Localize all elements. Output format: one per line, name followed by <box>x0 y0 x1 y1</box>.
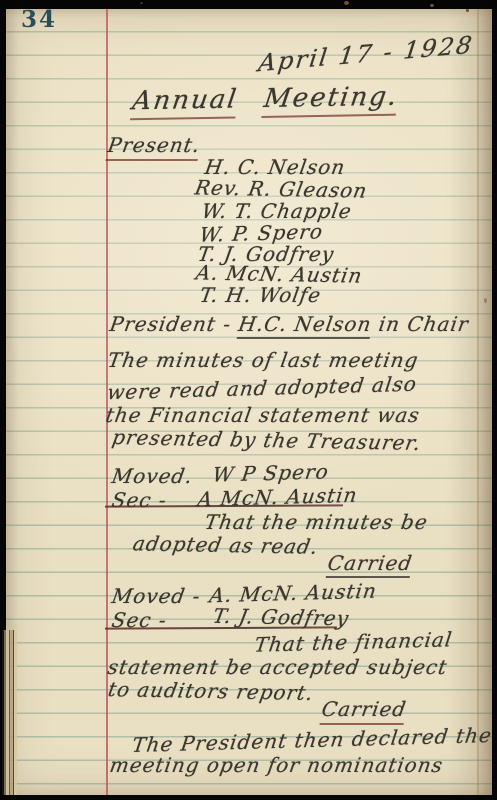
motion2-body-line: statement be accepted subject <box>106 655 449 679</box>
minutes-line: The minutes of last meeting <box>106 348 420 372</box>
present-label: Present. <box>106 133 202 157</box>
chair-suffix: in Chair <box>377 312 471 336</box>
foxing-speck <box>484 298 487 303</box>
attendee-name: T. H. Wolfe <box>198 283 323 307</box>
closing-line: meeting open for nominations <box>108 753 445 777</box>
foxing-speck <box>466 9 469 12</box>
book-page-edges <box>2 630 17 795</box>
foxing-speck <box>344 1 349 5</box>
motion1-result: Carried <box>326 551 414 575</box>
chair-line: President - H.C. Nelson in Chair <box>108 312 470 336</box>
scanned-minute-book-page: 34 April 17 - 1928 Annual Meeting. Prese… <box>0 0 497 800</box>
minutes-line: the Financial statement was <box>104 403 422 427</box>
motion1-moved-by: W P Spero <box>211 459 330 486</box>
motion2-moved-by: A. McN. Austin <box>208 579 378 608</box>
motion2-moved-label: Moved - <box>110 584 202 608</box>
foxing-speck <box>430 4 434 7</box>
chair-prefix: President - <box>108 312 233 336</box>
motion1-body-line: That the minutes be <box>203 510 430 534</box>
attendee-name: W. T. Chapple <box>200 199 354 223</box>
present-label-text: Present. <box>105 133 202 161</box>
motion2-body-line: to auditors report. <box>106 677 316 705</box>
meeting-title: Annual Meeting. <box>131 82 401 117</box>
page-number: 34 <box>21 6 57 33</box>
motion2-result: Carried <box>320 697 408 721</box>
carried-text: Carried <box>326 551 415 578</box>
motion1-body-line: adopted as read. <box>131 531 320 559</box>
foxing-speck <box>140 2 143 4</box>
motion1-sec-label: Sec - <box>110 488 169 512</box>
carried-text: Carried <box>319 697 408 725</box>
motion1-moved-label: Moved. <box>110 464 195 488</box>
title-word-annual: Annual <box>130 84 240 120</box>
page-crease <box>477 9 479 795</box>
chair-name: H.C. Nelson <box>236 312 373 339</box>
title-word-meeting: Meeting. <box>261 82 400 118</box>
